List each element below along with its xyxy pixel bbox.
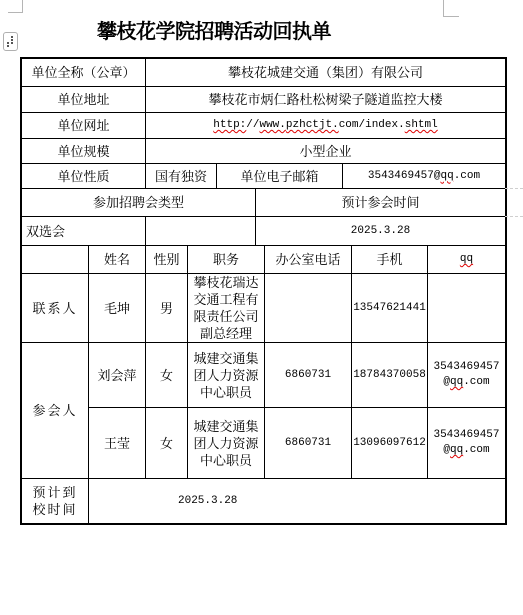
participant-name: 刘会萍 bbox=[89, 343, 146, 408]
unit-website-value: http://www.pzhctjt.com/index.shtml bbox=[146, 113, 505, 139]
contact-qq bbox=[428, 274, 505, 343]
fair-type-value: 双选会 bbox=[22, 217, 146, 246]
qq-label: qq bbox=[460, 251, 473, 268]
participant-mobile: 18784370058 bbox=[352, 343, 428, 408]
unit-scale-label: 单位规模 bbox=[22, 139, 146, 164]
header-mobile: 手机 bbox=[352, 246, 428, 274]
participant-mobile: 13096097612 bbox=[352, 408, 428, 479]
arrival-time-value: 2025.3.28 bbox=[89, 479, 505, 523]
qq-line1: 3543469457 bbox=[433, 360, 499, 375]
unit-name-label: 单位全称（公章） bbox=[22, 59, 146, 87]
header-qq: qq bbox=[428, 246, 505, 274]
row-guide-dash bbox=[505, 216, 523, 217]
participant-qq: 3543469457 @qq.com bbox=[428, 408, 505, 479]
contact-role: 联系人 bbox=[22, 274, 89, 343]
drag-handle-icon[interactable] bbox=[3, 32, 18, 51]
email-part: .com bbox=[454, 168, 480, 185]
contact-name: 毛坤 bbox=[89, 274, 146, 343]
unit-name-value: 攀枝花城建交通（集团）有限公司 bbox=[146, 59, 505, 87]
unit-email-value: 3543469457@qq.com bbox=[343, 164, 505, 189]
unit-address-label: 单位地址 bbox=[22, 87, 146, 113]
url-segment: pzhctjt. bbox=[286, 117, 339, 134]
page-title: 攀枝花学院招聘活动回执单 bbox=[97, 15, 331, 44]
participant-sex: 女 bbox=[146, 343, 188, 408]
contact-mobile: 13547621441 bbox=[352, 274, 428, 343]
email-part: 3543469457@ bbox=[368, 168, 441, 185]
header-sex: 性别 bbox=[146, 246, 188, 274]
participant-name: 王莹 bbox=[89, 408, 146, 479]
url-segment: com/index. bbox=[339, 117, 405, 134]
unit-website-label: 单位网址 bbox=[22, 113, 146, 139]
unit-scale-value: 小型企业 bbox=[146, 139, 505, 164]
arrival-time-label: 预计到校时间 bbox=[22, 479, 89, 523]
margin-mark-top-right bbox=[443, 16, 459, 17]
header-office-phone: 办公室电话 bbox=[265, 246, 352, 274]
contact-sex: 男 bbox=[146, 274, 188, 343]
header-duty: 职务 bbox=[188, 246, 265, 274]
participant-qq: 3543469457 @qq.com bbox=[428, 343, 505, 408]
unit-nature-value: 国有独资 bbox=[146, 164, 217, 189]
email-part: qq bbox=[441, 168, 454, 185]
participants-role: 参会人 bbox=[22, 343, 89, 479]
qq-line2: @qq.com bbox=[443, 443, 489, 458]
empty-cell bbox=[146, 217, 256, 246]
url-segment: // bbox=[246, 117, 259, 134]
url-segment: www. bbox=[259, 117, 285, 134]
row-guide-dash bbox=[505, 188, 523, 189]
empty-cell bbox=[22, 246, 89, 274]
attend-time-value: 2025.3.28 bbox=[256, 217, 505, 246]
margin-mark-top-left bbox=[8, 12, 23, 13]
unit-email-label: 单位电子邮箱 bbox=[217, 164, 343, 189]
qq-line1: 3543469457 bbox=[433, 428, 499, 443]
participant-office-phone: 6860731 bbox=[265, 343, 352, 408]
participant-office-phone: 6860731 bbox=[265, 408, 352, 479]
participant-duty: 城建交通集团人力资源中心职员 bbox=[188, 408, 265, 479]
url-segment: shtml bbox=[405, 117, 438, 134]
header-name: 姓名 bbox=[89, 246, 146, 274]
unit-nature-label: 单位性质 bbox=[22, 164, 146, 189]
participant-sex: 女 bbox=[146, 408, 188, 479]
contact-office-phone bbox=[265, 274, 352, 343]
fair-type-label: 参加招聘会类型 bbox=[22, 189, 256, 217]
contact-duty: 攀枝花瑞达交通工程有限责任公司副总经理 bbox=[188, 274, 265, 343]
document-page: 攀枝花学院招聘活动回执单 单位全称（公章） 攀枝花城建交通（集团）有限公司 单位… bbox=[0, 0, 523, 615]
margin-mark-top-right bbox=[443, 0, 444, 17]
qq-line2: @qq.com bbox=[443, 375, 489, 390]
unit-address-value: 攀枝花市炳仁路杜松树梁子隧道监控大楼 bbox=[146, 87, 505, 113]
url-segment: http: bbox=[213, 117, 246, 134]
receipt-table: 单位全称（公章） 攀枝花城建交通（集团）有限公司 单位地址 攀枝花市炳仁路杜松树… bbox=[20, 57, 507, 525]
attend-time-label: 预计参会时间 bbox=[256, 189, 505, 217]
participant-duty: 城建交通集团人力资源中心职员 bbox=[188, 343, 265, 408]
